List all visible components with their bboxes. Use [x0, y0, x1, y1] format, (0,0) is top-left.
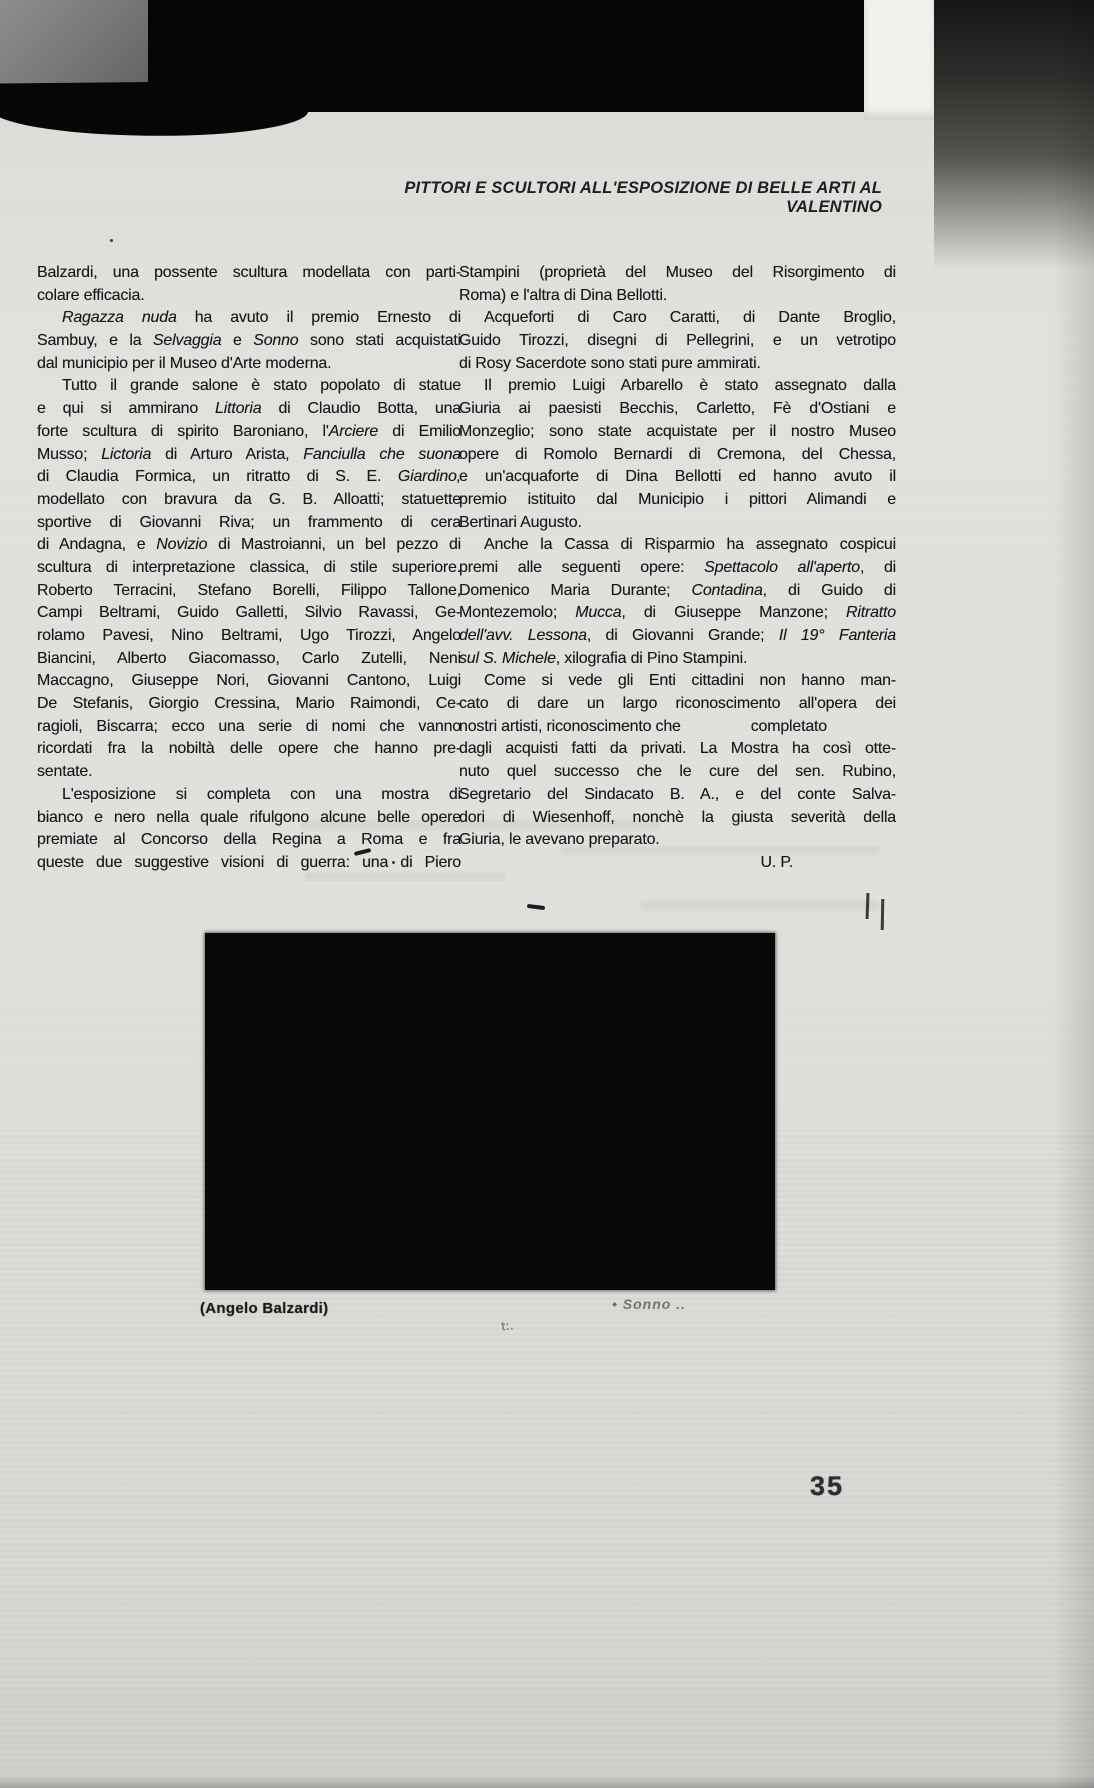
scan-edge-shadow	[1052, 0, 1094, 1788]
scan-white-strip	[864, 0, 936, 120]
scan-streaks	[0, 200, 1094, 1130]
scan-streaks	[0, 1130, 1094, 1780]
scanned-magazine-page: PITTORI E SCULTORI ALL'ESPOSIZIONE DI BE…	[0, 0, 1094, 1788]
scan-black-band	[148, 0, 870, 112]
scan-edge-shadow	[0, 1776, 1094, 1788]
